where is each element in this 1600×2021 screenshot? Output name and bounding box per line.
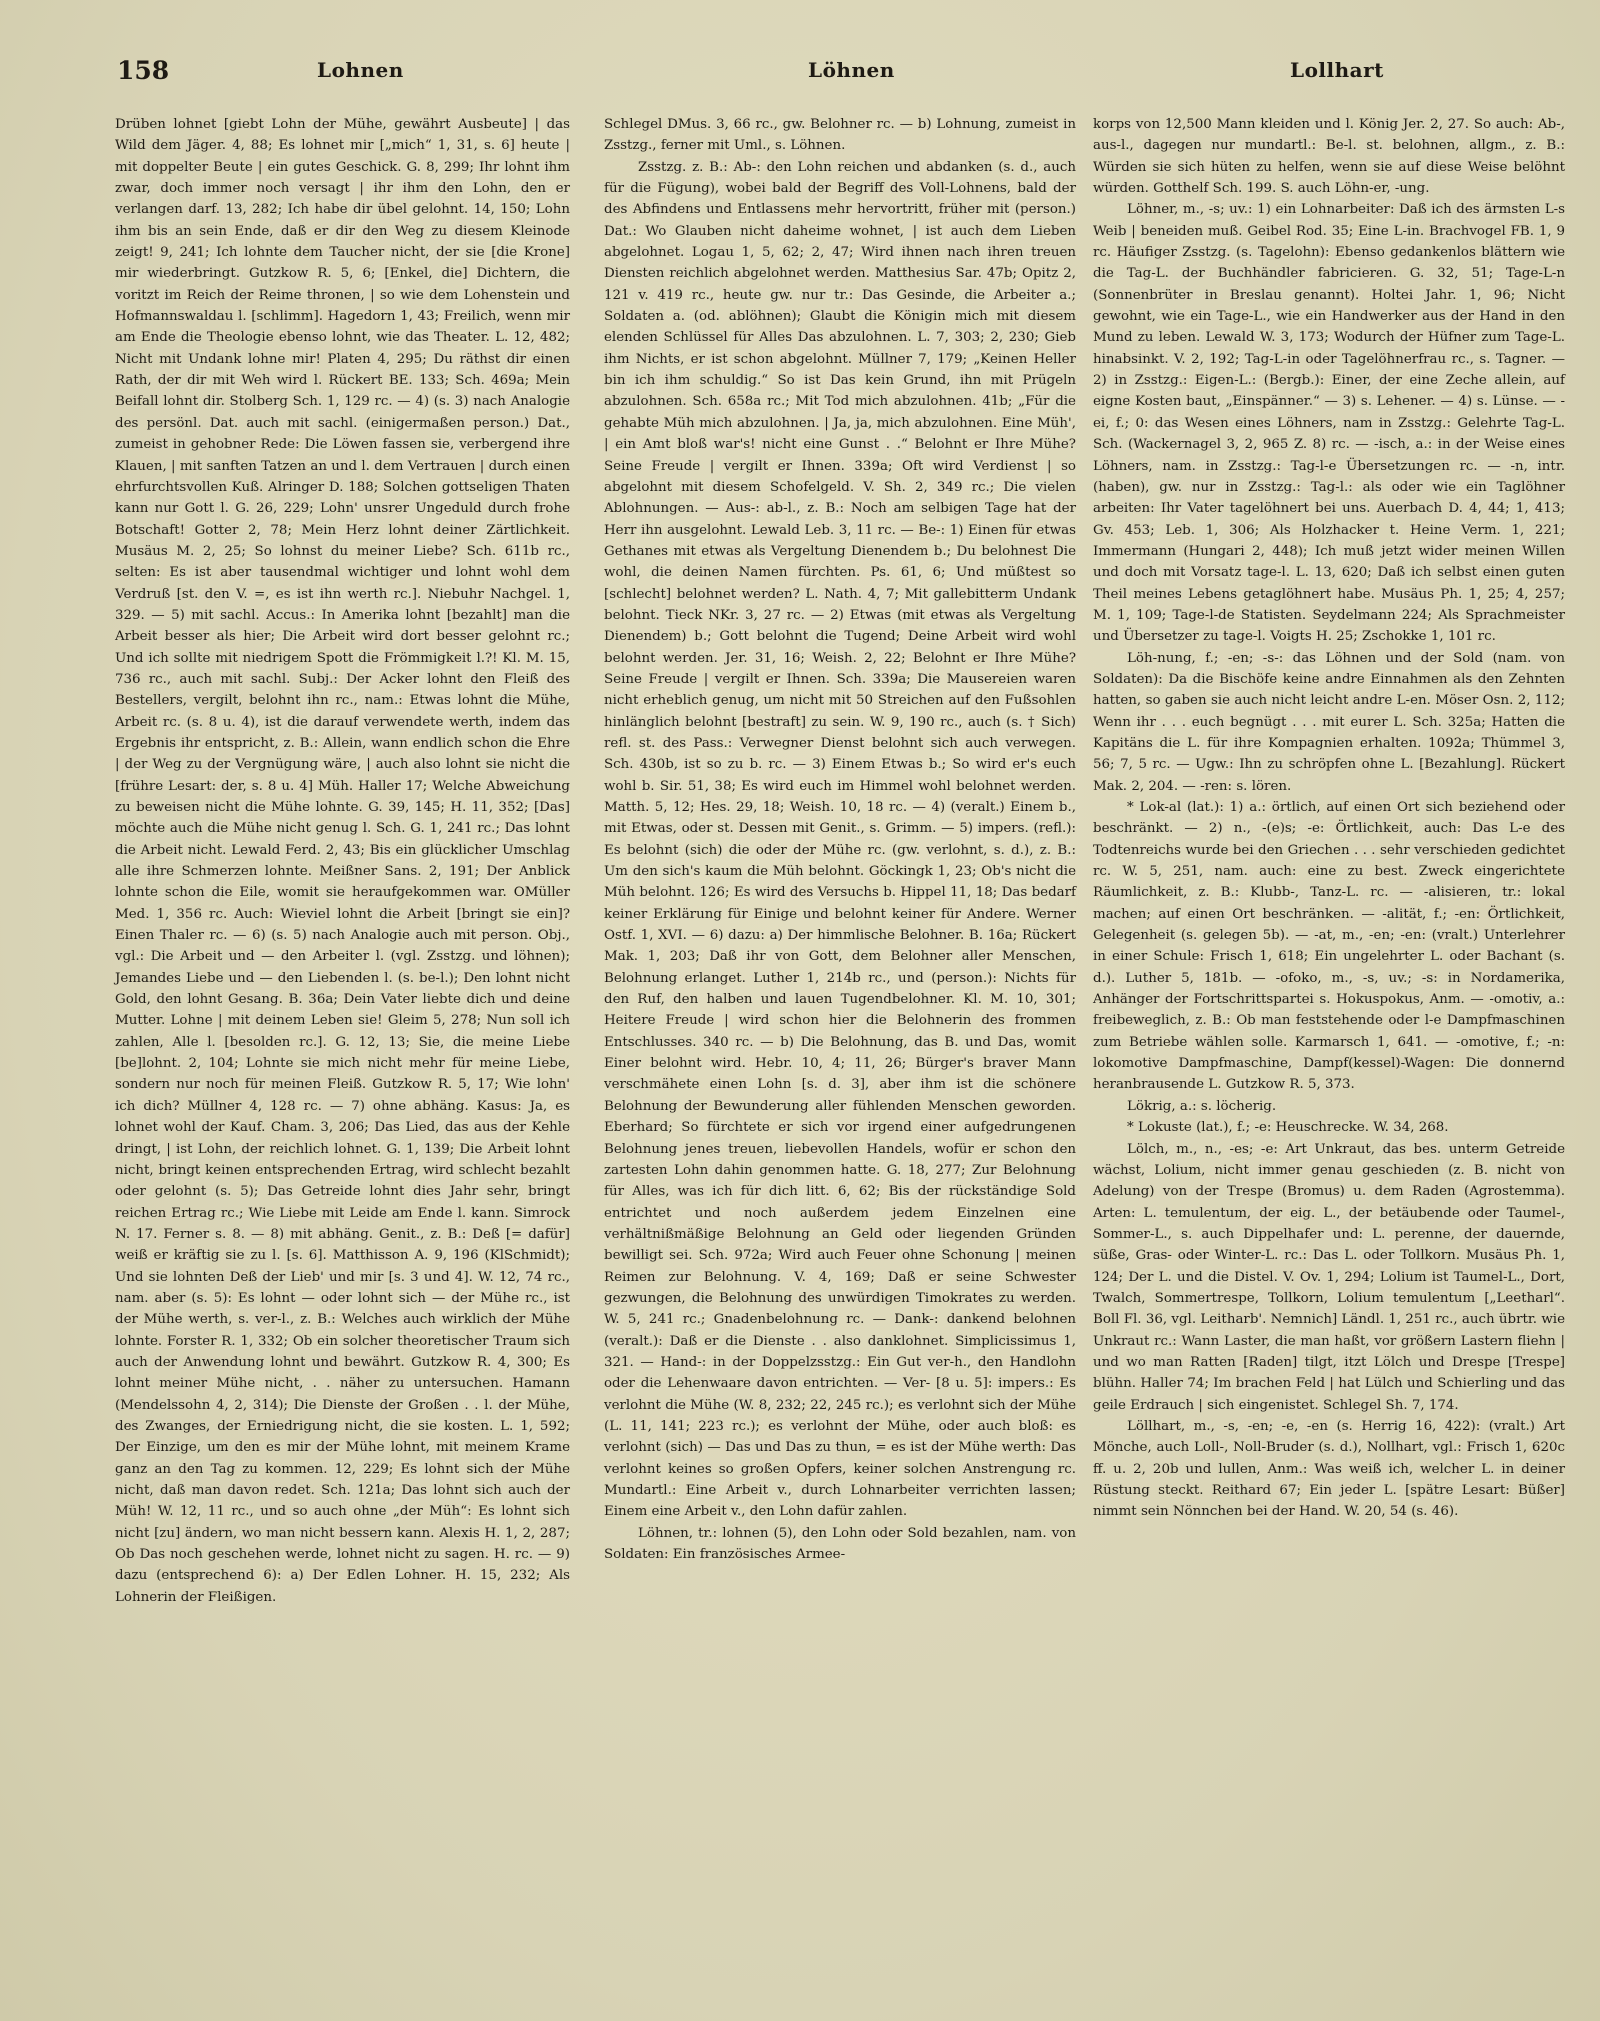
entry-compounds: Zsstzg. z. B.: Ab-: den Lohn reichen und… [604, 157, 1076, 1523]
dictionary-page: 158 Lohnen Löhnen Lollhart Drüben lohnet… [0, 0, 1600, 2021]
entry-loellhart: Löllhart, m., -s, -en; -e, -en (s. Herri… [1093, 1416, 1565, 1523]
page-number: 158 [117, 56, 169, 85]
running-head-left: Lohnen [317, 58, 404, 82]
entry-lokal: * Lok-al (lat.): 1) a.: örtlich, auf ein… [1093, 797, 1565, 1096]
entry-text: Drüben lohnet [giebt Lohn der Mühe, gewä… [115, 114, 570, 1608]
entry-loelch: Lölch, m., n., -es; -e: Art Unkraut, das… [1093, 1139, 1565, 1416]
column-left: Drüben lohnet [giebt Lohn der Mühe, gewä… [115, 114, 570, 1608]
entry-text: Schlegel DMus. 3, 66 rc., gw. Belohner r… [604, 114, 1076, 157]
entry-loehnung: Löh-nung, f.; -en; -s-: das Löhnen und d… [1093, 648, 1565, 797]
running-head-right: Lollhart [1290, 58, 1384, 82]
page-header: 158 Lohnen Löhnen Lollhart [0, 56, 1600, 96]
entry-loekrig: Lökrig, a.: s. löcherig. [1093, 1096, 1565, 1117]
column-right: korps von 12,500 Mann kleiden und l. Kön… [1093, 114, 1565, 1523]
entry-lokuste: * Lokuste (lat.), f.; -e: Heuschrecke. W… [1093, 1117, 1565, 1138]
entry-loehner: Löhner, m., -s; uv.: 1) ein Lohnarbeiter… [1093, 199, 1565, 647]
running-head-middle: Löhnen [808, 58, 895, 82]
entry-text: korps von 12,500 Mann kleiden und l. Kön… [1093, 114, 1565, 199]
column-middle: Schlegel DMus. 3, 66 rc., gw. Belohner r… [604, 114, 1076, 1565]
entry-loehnen: Löhnen, tr.: lohnen (5), den Lohn oder S… [604, 1523, 1076, 1566]
